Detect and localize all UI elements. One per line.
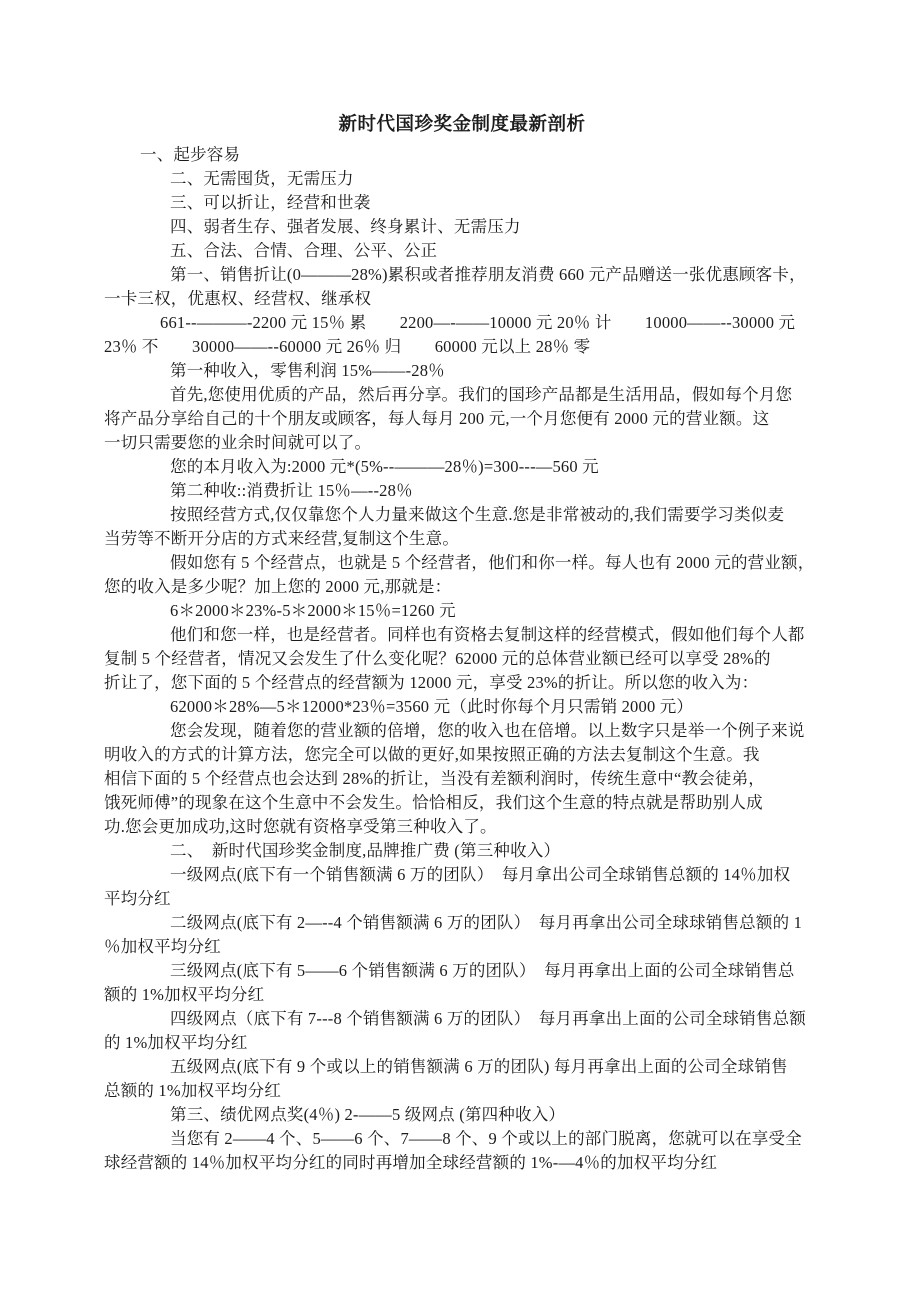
document-body: 一、起步容易二、无需囤货，无需压力三、可以折让，经营和世袭四、弱者生存、强者发展… [104, 143, 820, 1175]
text-line: 一卡三权，优惠权、经营权、继承权 [104, 287, 820, 311]
text-line: 三、可以折让，经营和世袭 [104, 191, 820, 215]
text-line: 23％ 不 30000——--60000 元 26％ 归 60000 元以上 2… [104, 335, 820, 359]
text-line: 饿死师傅”的现象在这个生意中不会发生。恰恰相反，我们这个生意的特点就是帮助别人成 [104, 791, 820, 815]
text-line: 他们和您一样，也是经营者。同样也有资格去复制这样的经营模式，假如他们每个人都 [104, 623, 820, 647]
text-line: 一、起步容易 [104, 143, 820, 167]
text-line: 四、弱者生存、强者发展、终身累计、无需压力 [104, 215, 820, 239]
text-line: 假如您有 5 个经营点，也就是 5 个经营者，他们和你一样。每人也有 2000 … [104, 551, 820, 575]
text-line: 您的本月收入为:2000 元*(5%--———28％)=300---—560 元 [104, 455, 820, 479]
text-line: 第一、销售折让(0———28%)累积或者推荐朋友消费 660 元产品赠送一张优惠… [104, 263, 820, 287]
text-line: 62000＊28%—5＊12000*23％=3560 元（此时你每个月只需销 2… [104, 695, 820, 719]
text-line: 当劳等不断开分店的方式来经营,复制这个生意。 [104, 527, 820, 551]
text-line: 五级网点(底下有 9 个或以上的销售额满 6 万的团队) 每月再拿出上面的公司全… [104, 1055, 820, 1079]
text-line: 四级网点（底下有 7---8 个销售额满 6 万的团队） 每月再拿出上面的公司全… [104, 1007, 820, 1031]
text-line: 一切只需要您的业余时间就可以了。 [104, 431, 820, 455]
text-line: 二级网点(底下有 2—--4 个销售额满 6 万的团队） 每月再拿出公司全球球销… [104, 911, 820, 935]
text-line: 首先,您使用优质的产品，然后再分享。我们的国珍产品都是生活用品，假如每个月您 [104, 383, 820, 407]
text-line: 一级网点(底下有一个销售额满 6 万的团队） 每月拿出公司全球销售总额的 14％… [104, 863, 820, 887]
text-line: 第三、绩优网点奖(4％) 2-——5 级网点 (第四种收入） [104, 1103, 820, 1127]
text-line: 复制 5 个经营者，情况又会发生了什么变化呢？62000 元的总体营业额已经可以… [104, 647, 820, 671]
document-page: 新时代国珍奖金制度最新剖析 一、起步容易二、无需囤货，无需压力三、可以折让，经营… [0, 0, 920, 1302]
text-line: 明收入的方式的计算方法，您完全可以做的更好,如果按照正确的方法去复制这个生意。我 [104, 743, 820, 767]
text-line: 额的 1%加权平均分红 [104, 983, 820, 1007]
text-line: 661--———-2200 元 15％ 累 2200—-——10000 元 20… [104, 311, 820, 335]
text-line: 功.您会更加成功,这时您就有资格享受第三种收入了。 [104, 815, 820, 839]
text-line: 第二种收::消费折让 15％—--28％ [104, 479, 820, 503]
text-line: 的 1%加权平均分红 [104, 1031, 820, 1055]
text-line: 将产品分享给自己的十个朋友或顾客，每人每月 200 元,一个月您便有 2000 … [104, 407, 820, 431]
text-line: 第一种收入，零售利润 15%——-28％ [104, 359, 820, 383]
text-line: ％加权平均分红 [104, 935, 820, 959]
text-line: 二、 新时代国珍奖金制度,品牌推广费 (第三种收入） [104, 839, 820, 863]
text-line: 相信下面的 5 个经营点也会达到 28%的折让，当没有差额利润时，传统生意中“教… [104, 767, 820, 791]
text-line: 五、合法、合情、合理、公平、公正 [104, 239, 820, 263]
text-line: 总额的 1%加权平均分红 [104, 1079, 820, 1103]
text-line: 6＊2000＊23%-5＊2000＊15％=1260 元 [104, 599, 820, 623]
document-title: 新时代国珍奖金制度最新剖析 [104, 112, 820, 138]
text-line: 折让了，您下面的 5 个经营点的经营额为 12000 元，享受 23%的折让。所… [104, 671, 820, 695]
text-line: 三级网点(底下有 5——6 个销售额满 6 万的团队） 每月再拿出上面的公司全球… [104, 959, 820, 983]
text-line: 您会发现，随着您的营业额的倍增，您的收入也在倍增。以上数字只是举一个例子来说 [104, 719, 820, 743]
text-line: 二、无需囤货，无需压力 [104, 167, 820, 191]
text-line: 您的收入是多少呢？加上您的 2000 元,那就是： [104, 575, 820, 599]
text-line: 球经营额的 14％加权平均分红的同时再增加全球经营额的 1%-—4％的加权平均分… [104, 1151, 820, 1175]
text-line: 当您有 2——4 个、5——6 个、7——8 个、9 个或以上的部门脱离，您就可… [104, 1127, 820, 1151]
text-line: 按照经营方式,仅仅靠您个人力量来做这个生意.您是非常被动的,我们需要学习类似麦 [104, 503, 820, 527]
text-line: 平均分红 [104, 887, 820, 911]
